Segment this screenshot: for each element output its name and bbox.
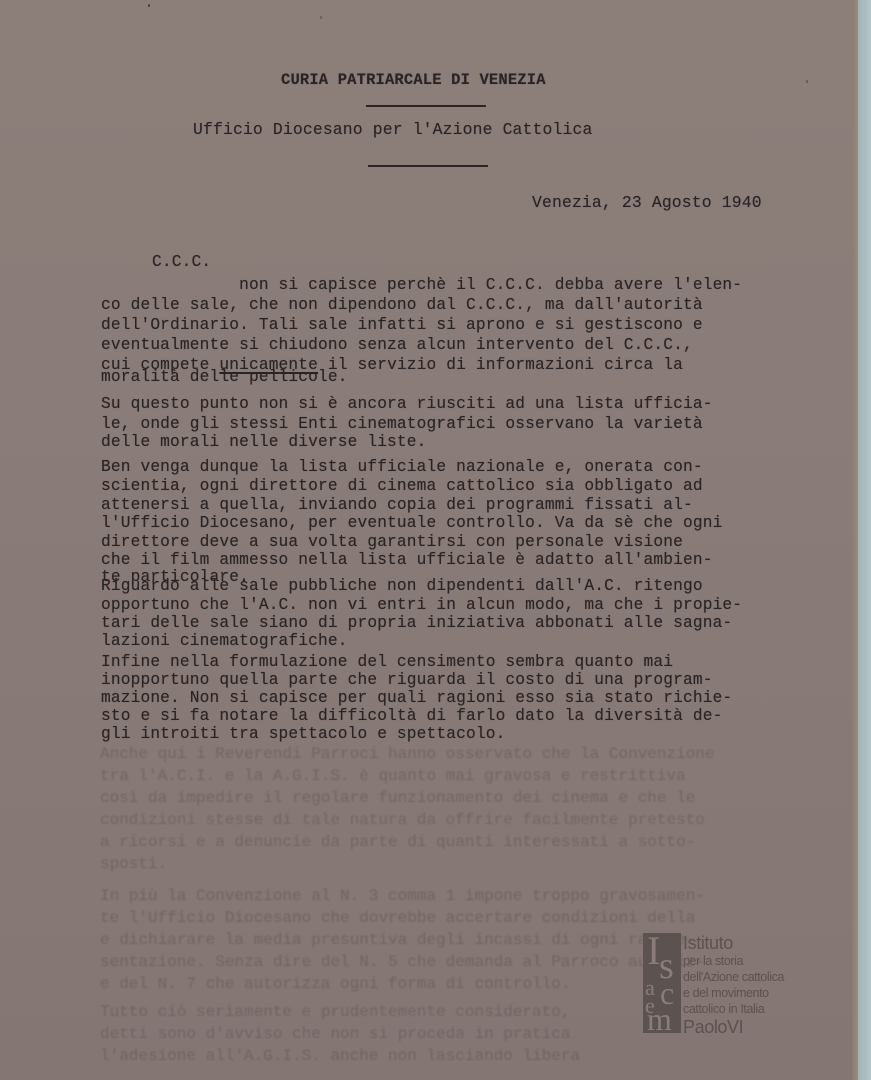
isacem-monogram: I s a e c m bbox=[643, 933, 681, 1033]
body-line: scientia, ogni direttore di cinema catto… bbox=[101, 477, 703, 495]
background-strip bbox=[858, 0, 871, 1080]
body-line: lazioni cinematografiche. bbox=[101, 632, 348, 650]
logo-line: dell'Azione cattolica bbox=[683, 969, 784, 985]
bleed-through-text: Tutto ciò seriamente e prudentemente con… bbox=[100, 1003, 570, 1021]
body-line: direttore deve a sua volta garantirsi co… bbox=[101, 533, 683, 551]
body-line: eventualmente si chiudono senza alcun in… bbox=[101, 336, 693, 354]
body-text: il servizio di informazioni circa la bbox=[318, 356, 683, 374]
bleed-through-text: a ricorsi e a denuncie da parte di quant… bbox=[100, 833, 695, 851]
scanned-letter-page: Anche qui i Reverendi Parroci hanno osse… bbox=[0, 0, 858, 1080]
paper-speck bbox=[320, 16, 322, 19]
bleed-through-text: l'adesione all'A.G.I.S. anche non lascia… bbox=[100, 1047, 580, 1065]
bleed-through-text: e dichiarare la media presuntiva degli i… bbox=[100, 931, 695, 949]
body-line: dell'Ordinario. Tali sale infatti si apr… bbox=[101, 316, 703, 334]
body-line: sto e si fa notare la difficoltà di farl… bbox=[101, 707, 722, 725]
letterhead-organization: CURIA PATRIARCALE DI VENEZIA bbox=[281, 71, 546, 89]
bleed-through-text: così da impedire il regolare funzionamen… bbox=[100, 789, 695, 807]
bleed-through-text: te l'Ufficio Diocesano che dovrebbe acce… bbox=[100, 909, 695, 927]
addressee: C.C.C. bbox=[152, 253, 211, 271]
body-line: le, onde gli stessi Enti cinematografici… bbox=[101, 415, 703, 433]
bleed-through-text: condizioni stesse di tale natura da offr… bbox=[100, 811, 705, 829]
body-line: attenersi a quella, inviando copia dei p… bbox=[101, 496, 693, 514]
bleed-through-text: In più la Convenzione al N. 3 comma 1 im… bbox=[100, 887, 705, 905]
body-line: l'Ufficio Diocesano, per eventuale contr… bbox=[101, 514, 722, 532]
bleed-through-text: e del N. 7 che autorizza ogni forma di c… bbox=[100, 975, 570, 993]
body-line: Ben venga dunque la lista ufficiale nazi… bbox=[101, 458, 703, 476]
logo-line: PaoloVI bbox=[683, 1017, 784, 1037]
bleed-through-text: sposti. bbox=[100, 855, 167, 873]
logo-line: Istituto bbox=[683, 933, 784, 953]
body-line: delle morali nelle diverse liste. bbox=[101, 433, 427, 451]
monogram-letter: m bbox=[647, 1003, 672, 1035]
body-line: inopportuno quella parte che riguarda il… bbox=[101, 671, 713, 689]
letterhead-office: Ufficio Diocesano per l'Azione Cattolica bbox=[193, 120, 592, 139]
body-line: Riguardo alle sale pubbliche non dipende… bbox=[101, 577, 703, 595]
body-line: gli introiti tra spettacolo e spettacolo… bbox=[101, 725, 505, 743]
body-line: moralità delle pellicole. bbox=[101, 368, 348, 386]
isacem-name: Istituto per la storia dell'Azione catto… bbox=[683, 933, 784, 1037]
logo-line: e del movimento bbox=[683, 985, 784, 1001]
body-line: co delle sale, che non dipendono dal C.C… bbox=[101, 296, 703, 314]
paper-speck bbox=[148, 4, 150, 7]
bleed-through-text: tra l'A.C.I. e la A.G.I.S. è quanto mai … bbox=[100, 767, 686, 785]
body-line: Infine nella formulazione del censimento… bbox=[101, 653, 673, 671]
date-line: Venezia, 23 Agosto 1940 bbox=[532, 193, 762, 212]
body-line: tari delle sale siano di propria iniziat… bbox=[101, 614, 732, 632]
header-divider bbox=[366, 105, 486, 107]
bleed-through-text: sentazione. Senza dire del N. 5 che dema… bbox=[100, 953, 705, 971]
body-line: Su questo punto non si è ancora riusciti… bbox=[101, 395, 713, 413]
body-line: opportuno che l'A.C. non vi entri in alc… bbox=[101, 596, 742, 614]
bleed-through-text: detti sono d'avviso che non si proceda i… bbox=[100, 1025, 570, 1043]
isacem-watermark-logo: I s a e c m Istituto per la storia dell'… bbox=[643, 933, 803, 1033]
header-divider bbox=[368, 165, 488, 167]
body-line: che il film ammesso nella lista ufficial… bbox=[101, 551, 713, 569]
bleed-through-text: Anche qui i Reverendi Parroci hanno osse… bbox=[100, 745, 715, 763]
paper-speck bbox=[806, 80, 808, 83]
logo-line: per la storia bbox=[683, 953, 784, 969]
body-line: non si capisce perchè il C.C.C. debba av… bbox=[101, 276, 742, 294]
logo-line: cattolico in Italia bbox=[683, 1001, 784, 1017]
body-line: mazione. Non si capisce per quali ragion… bbox=[101, 689, 732, 707]
